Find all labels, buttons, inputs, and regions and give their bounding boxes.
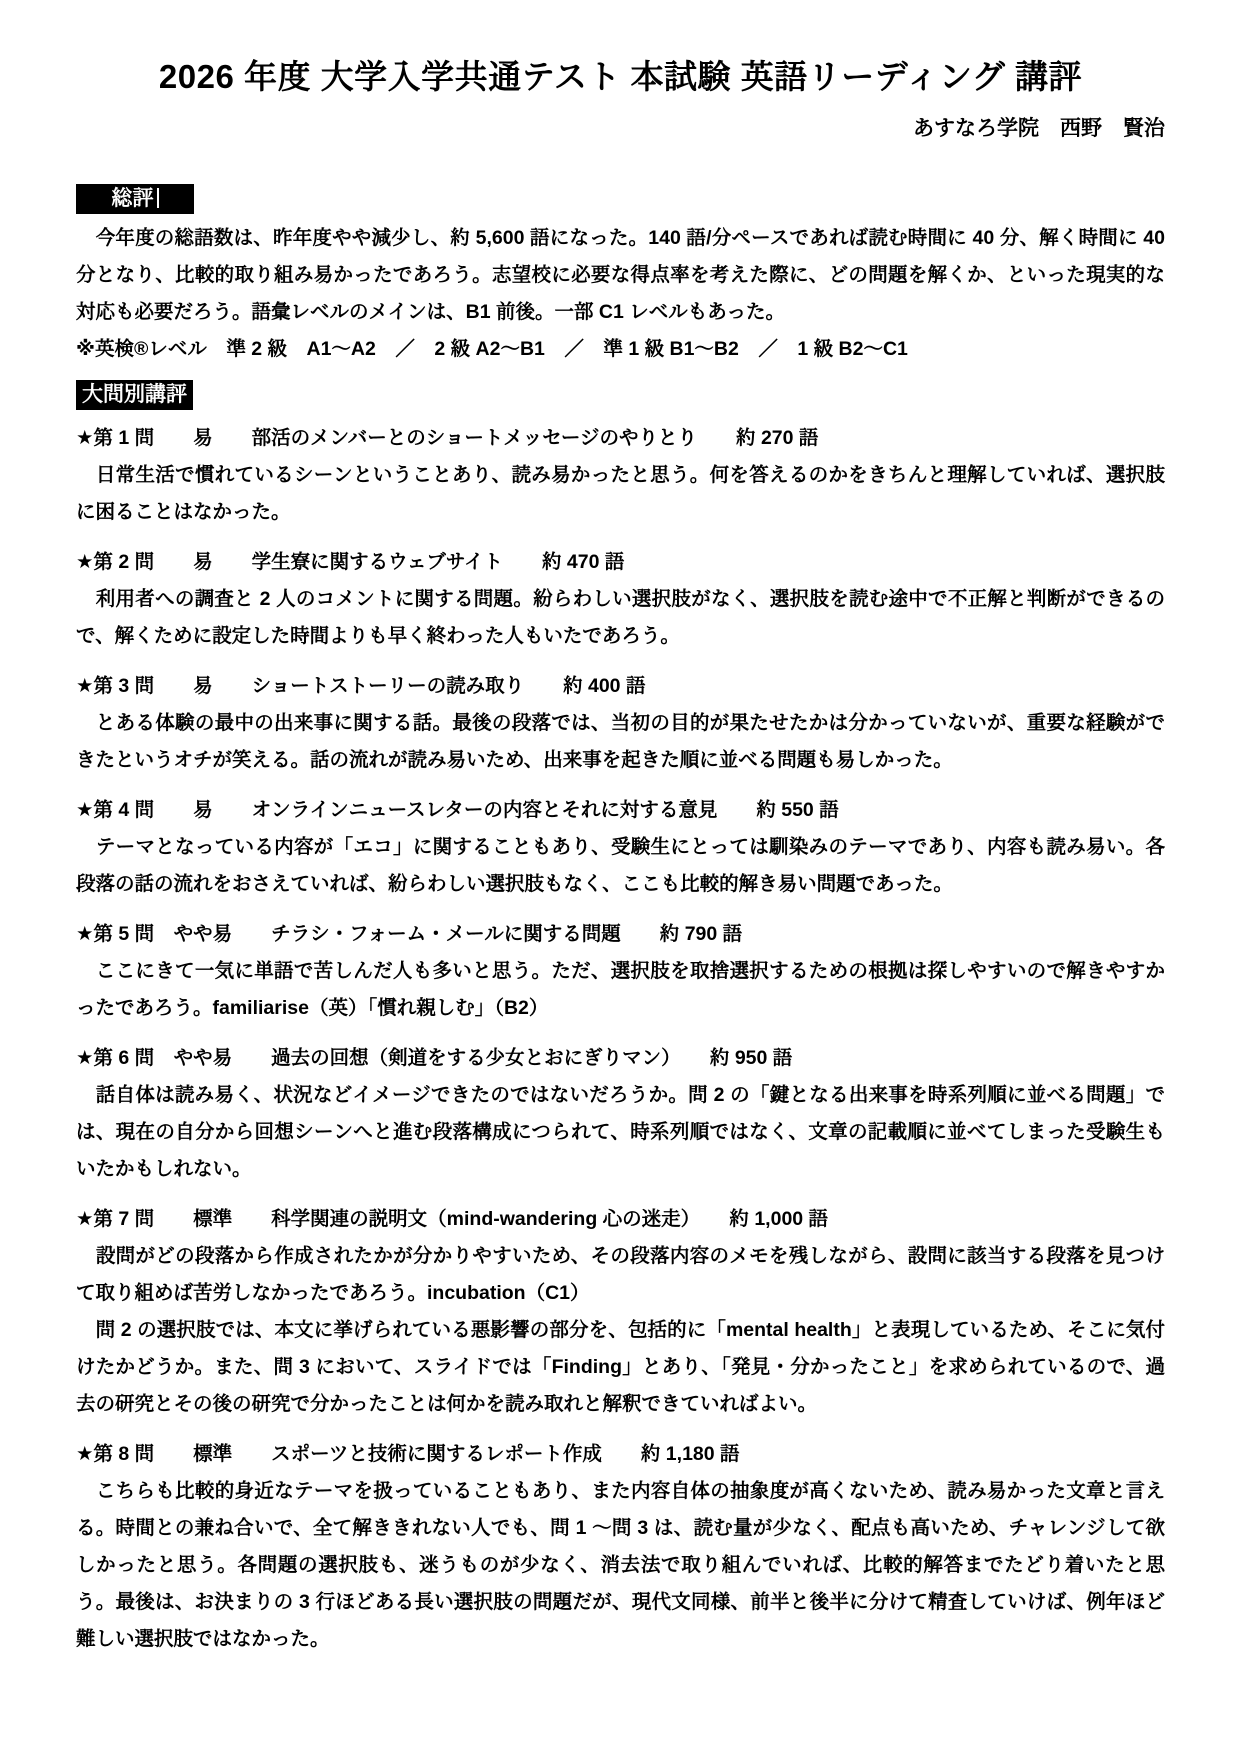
- question-paragraph: こちらも比較的身近なテーマを扱っていることもあり、また内容自体の抽象度が高くない…: [76, 1473, 1165, 1658]
- question-heading: ★第 2 問 易 学生寮に関するウェブサイト 約 470 語: [76, 544, 1165, 581]
- question-section-3: ★第 3 問 易 ショートストーリーの読み取り 約 400 語 とある体験の最中…: [76, 668, 1165, 779]
- question-section-7: ★第 7 問 標準 科学関連の説明文（mind-wandering 心の迷走） …: [76, 1201, 1165, 1423]
- question-paragraph: 話自体は読み易く、状況などイメージできたのではないだろうか。問 2 の「鍵となる…: [76, 1077, 1165, 1188]
- question-paragraph: テーマとなっている内容が「エコ」に関することもあり、受験生にとっては馴染みのテー…: [76, 829, 1165, 903]
- question-paragraph: ここにきて一気に単語で苦しんだ人も多いと思う。ただ、選択肢を取捨選択するための根…: [76, 953, 1165, 1027]
- overall-section-label-text: 総評: [112, 187, 154, 210]
- question-paragraph: 日常生活で慣れているシーンということあり、読み易かったと思う。何を答えるのかをき…: [76, 457, 1165, 531]
- overall-label-row: 総評: [76, 184, 1165, 214]
- by-question-section-label: 大問別講評: [76, 380, 193, 410]
- by-question-label-row: 大問別講評: [76, 380, 1165, 410]
- question-paragraph: とある体験の最中の出来事に関する話。最後の段落では、当初の目的が果たせたかは分か…: [76, 705, 1165, 779]
- question-heading: ★第 4 問 易 オンラインニュースレターの内容とそれに対する意見 約 550 …: [76, 792, 1165, 829]
- question-paragraph: 利用者への調査と 2 人のコメントに関する問題。紛らわしい選択肢がなく、選択肢を…: [76, 581, 1165, 655]
- question-heading: ★第 7 問 標準 科学関連の説明文（mind-wandering 心の迷走） …: [76, 1201, 1165, 1238]
- question-section-6: ★第 6 問 やや易 過去の回想（剣道をする少女とおにぎりマン） 約 950 語…: [76, 1040, 1165, 1188]
- question-section-1: ★第 1 問 易 部活のメンバーとのショートメッセージのやりとり 約 270 語…: [76, 420, 1165, 531]
- question-section-2: ★第 2 問 易 学生寮に関するウェブサイト 約 470 語 利用者への調査と …: [76, 544, 1165, 655]
- by-question-section-label-text: 大問別講評: [82, 383, 187, 406]
- page-title: 2026 年度 大学入学共通テスト 本試験 英語リーディング 講評: [76, 54, 1165, 100]
- question-heading: ★第 6 問 やや易 過去の回想（剣道をする少女とおにぎりマン） 約 950 語: [76, 1040, 1165, 1077]
- question-section-8: ★第 8 問 標準 スポーツと技術に関するレポート作成 約 1,180 語 こち…: [76, 1436, 1165, 1658]
- question-section-5: ★第 5 問 やや易 チラシ・フォーム・メールに関する問題 約 790 語 ここ…: [76, 916, 1165, 1027]
- eiken-level-note: ※英検®レベル 準 2 級 A1～A2 ／ 2 級 A2～B1 ／ 準 1 級 …: [76, 331, 1165, 368]
- question-heading: ★第 8 問 標準 スポーツと技術に関するレポート作成 約 1,180 語: [76, 1436, 1165, 1473]
- question-heading: ★第 1 問 易 部活のメンバーとのショートメッセージのやりとり 約 270 語: [76, 420, 1165, 457]
- author-line: あすなろ学院 西野 賢治: [76, 116, 1165, 142]
- document-page: 2026 年度 大学入学共通テスト 本試験 英語リーディング 講評 あすなろ学院…: [0, 0, 1241, 1755]
- text-cursor-artifact: [157, 188, 159, 208]
- question-section-4: ★第 4 問 易 オンラインニュースレターの内容とそれに対する意見 約 550 …: [76, 792, 1165, 903]
- question-paragraph: 問 2 の選択肢では、本文に挙げられている悪影響の部分を、包括的に「mental…: [76, 1312, 1165, 1423]
- question-heading: ★第 3 問 易 ショートストーリーの読み取り 約 400 語: [76, 668, 1165, 705]
- question-heading: ★第 5 問 やや易 チラシ・フォーム・メールに関する問題 約 790 語: [76, 916, 1165, 953]
- overall-paragraph: 今年度の総語数は、昨年度やや減少し、約 5,600 語になった。140 語/分ペ…: [76, 220, 1165, 331]
- overall-section-label: 総評: [76, 184, 194, 214]
- question-paragraph: 設問がどの段落から作成されたかが分かりやすいため、その段落内容のメモを残しながら…: [76, 1238, 1165, 1312]
